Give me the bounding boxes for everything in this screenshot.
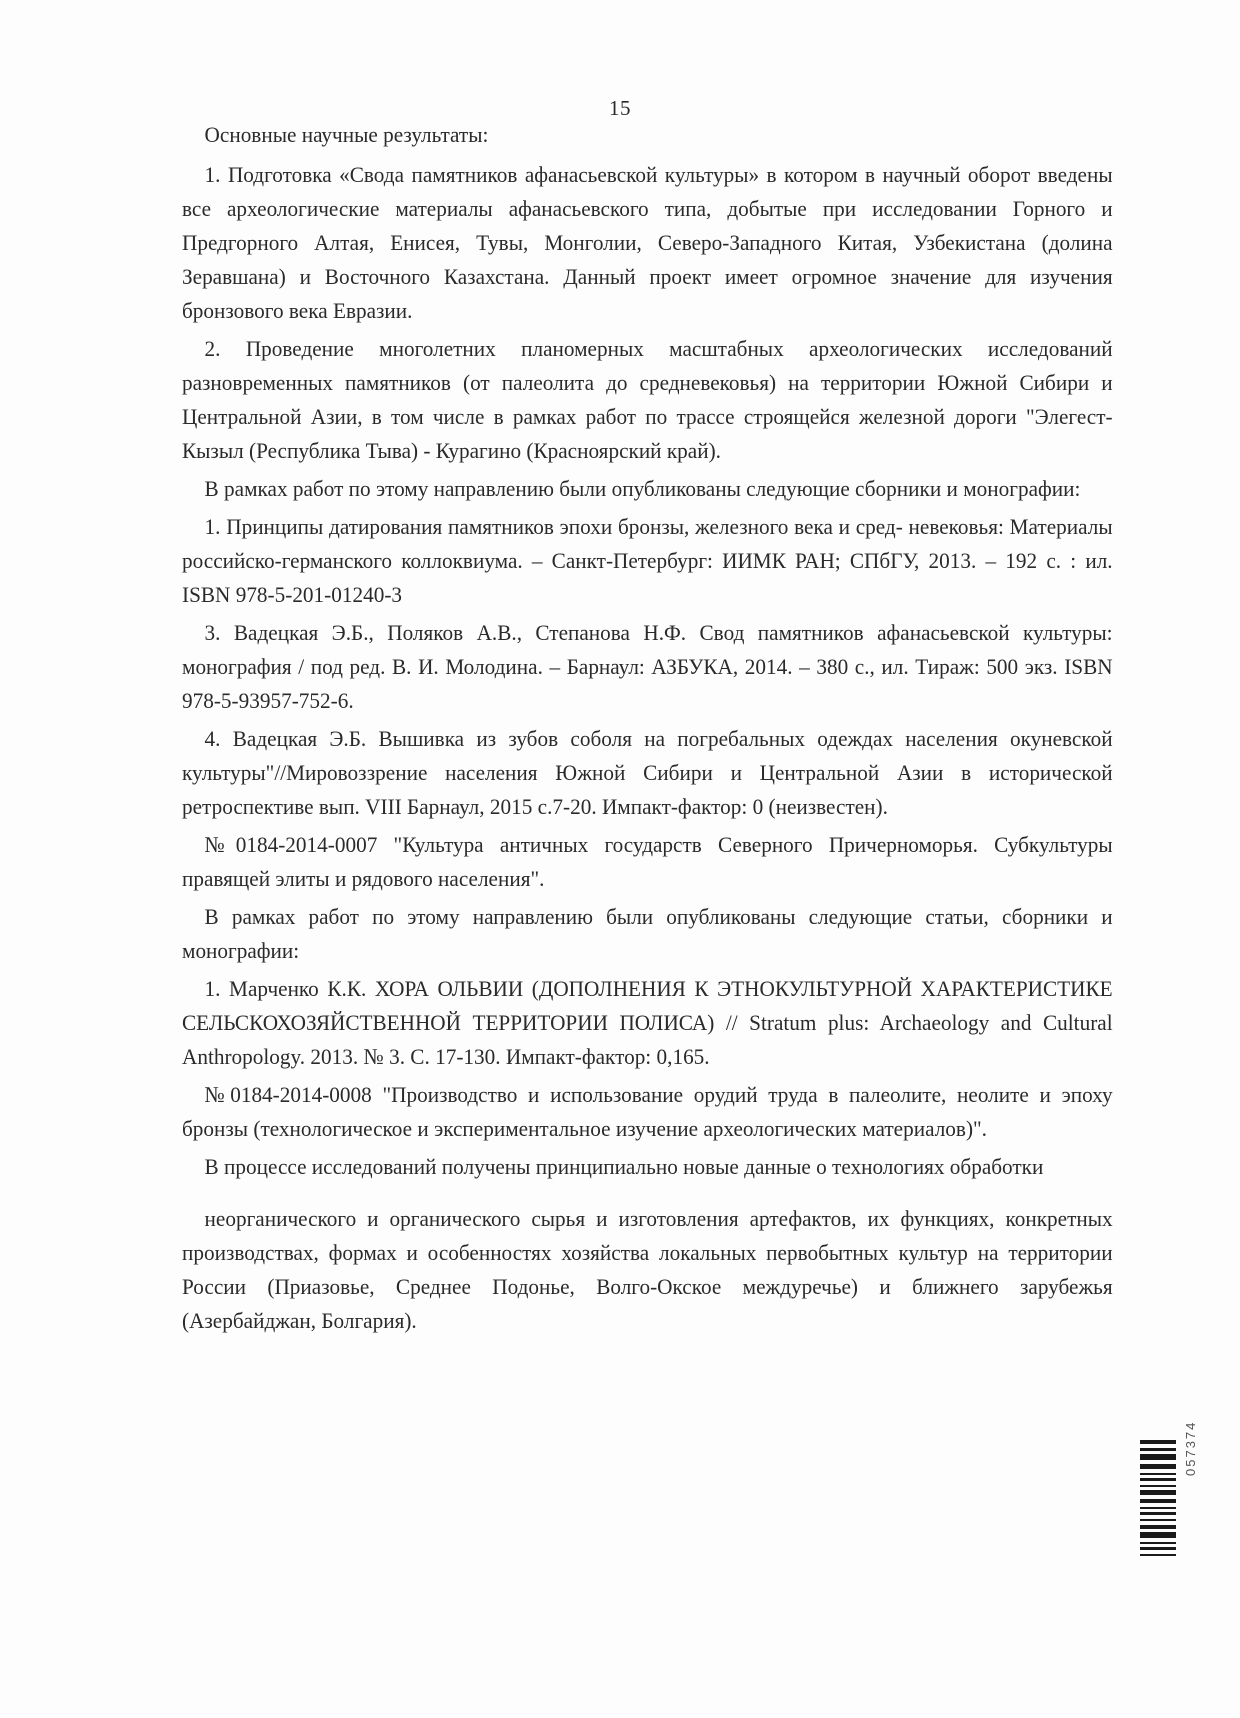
publication-item: 3. Вадецкая Э.Б., Поляков А.В., Степанов… xyxy=(182,616,1113,718)
barcode-number: 057374 xyxy=(1183,1421,1198,1476)
publication-item: 1. Принципы датирования памятников эпохи… xyxy=(182,510,1113,612)
paragraph-publications-intro: В рамках работ по этому направлению были… xyxy=(182,472,1113,506)
publication-item: 4. Вадецкая Э.Б. Вышивка из зубов соболя… xyxy=(182,722,1113,824)
section-heading: Основные научные результаты: xyxy=(182,118,1113,152)
document-page: 15 Основные научные результаты: 1. Подго… xyxy=(0,0,1240,1718)
project-title: №0184-2014-0007 "Культура античных госуд… xyxy=(182,828,1113,896)
project-title: №0184-2014-0008 "Производство и использо… xyxy=(182,1078,1113,1146)
paragraph-result-1: 1. Подготовка «Свода памятников афанасье… xyxy=(182,158,1113,328)
document-body: Основные научные результаты: 1. Подготов… xyxy=(182,118,1113,1342)
barcode xyxy=(1140,1440,1176,1556)
paragraph-research-results: В процессе исследований получены принцип… xyxy=(182,1150,1113,1184)
paragraph-research-results-continued: неорганического и органического сырья и … xyxy=(182,1202,1113,1338)
paragraph-result-2: 2. Проведение многолетних планомерных ма… xyxy=(182,332,1113,468)
paragraph-publications-intro: В рамках работ по этому направлению были… xyxy=(182,900,1113,968)
publication-item: 1. Марченко К.К. ХОРА ОЛЬВИИ (ДОПОЛНЕНИЯ… xyxy=(182,972,1113,1074)
